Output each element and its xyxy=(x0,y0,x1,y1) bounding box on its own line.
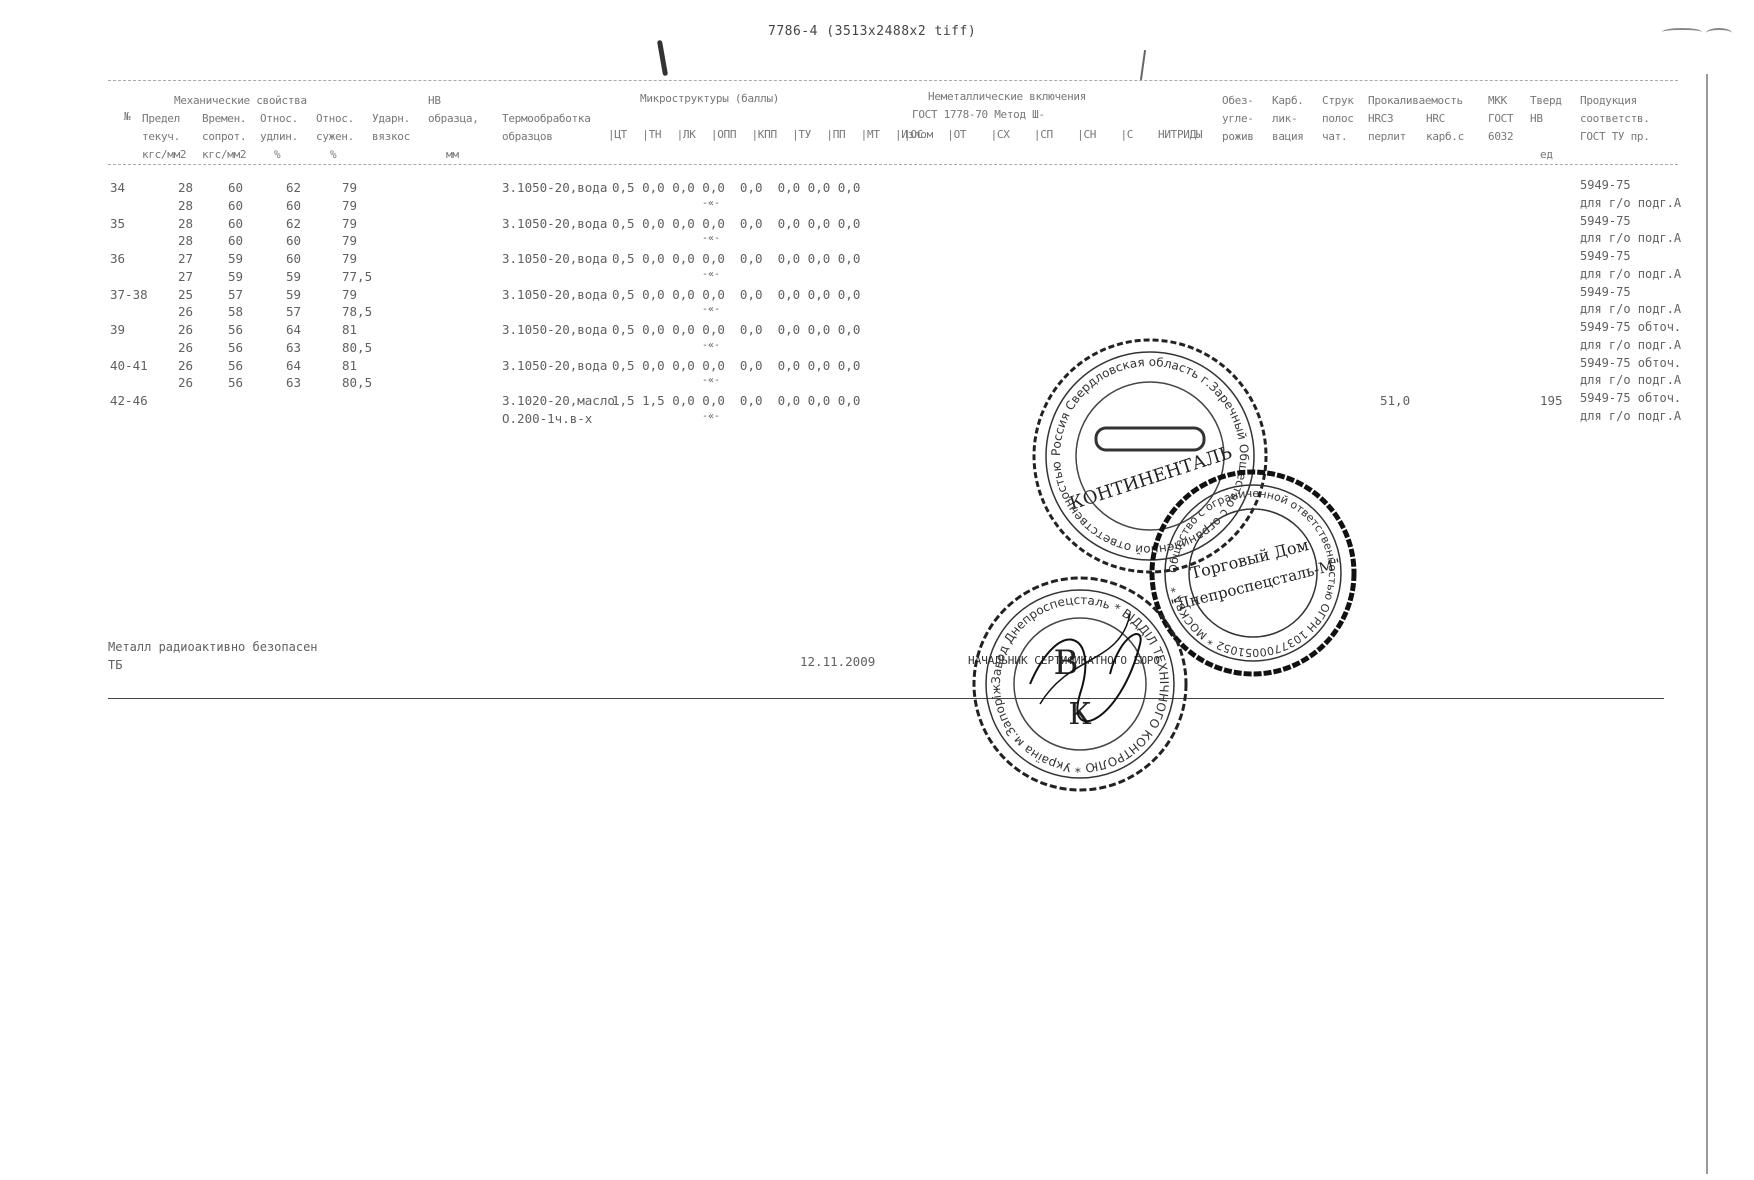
cell-microstructure: 1,5 1,5 0,0 0,0 0,0 0,0 0,0 0,0 xyxy=(612,393,860,408)
scan-mark xyxy=(1140,50,1146,80)
header-col-structure: Струк полос чат. xyxy=(1322,92,1354,146)
svg-text:В: В xyxy=(1054,643,1079,683)
cell-ditto-mark: -«- xyxy=(702,233,720,244)
header-text: ГОСТ ТУ пр. xyxy=(1580,128,1650,146)
cell-heat-treatment: З.1050-20,вода xyxy=(502,216,607,231)
cell-mech-value: 57 xyxy=(286,304,301,319)
cell-mech-value: 60 xyxy=(228,198,243,213)
cell-mech-value: 60 xyxy=(228,216,243,231)
header-text: Относ. xyxy=(316,110,354,128)
header-col-no: № xyxy=(124,110,130,123)
cell-sample-no: 35 xyxy=(110,216,125,231)
cell-mech-value: 62 xyxy=(286,216,301,231)
header-group-mechanical: Механические свойства xyxy=(174,94,307,107)
header-nonmetal-cols: |ОС |ОТ |СХ |СП |СН |С xyxy=(904,128,1133,141)
header-text: Предел xyxy=(142,110,186,128)
cell-mech-value: 59 xyxy=(228,251,243,266)
cell-product-gost: 5949-75 обточ. xyxy=(1580,356,1681,370)
cell-sample-no: 39 xyxy=(110,322,125,337)
cell-mech-value: 27 xyxy=(178,269,193,284)
cell-mech-value: 77,5 xyxy=(342,269,372,284)
header-text: НВ xyxy=(1530,110,1562,128)
header-text: кгс/мм2 xyxy=(202,146,246,164)
cell-mech-value: 56 xyxy=(228,375,243,390)
header-top-rule xyxy=(108,80,1678,81)
cell-mech-value: 56 xyxy=(228,322,243,337)
cell-mech-value: 63 xyxy=(286,340,301,355)
scan-label: 7786-4 (3513x2488x2 tiff) xyxy=(768,24,976,39)
cell-mech-value: 26 xyxy=(178,304,193,319)
cell-mech-value: 28 xyxy=(178,180,193,195)
cell-mech-value: 25 xyxy=(178,287,193,302)
cell-mech-value: 79 xyxy=(342,287,357,302)
cell-microstructure: 0,5 0,0 0,0 0,0 0,0 0,0 0,0 0,0 xyxy=(612,180,860,195)
cell-sample-no: 34 xyxy=(110,180,125,195)
header-text: Обез- xyxy=(1222,92,1254,110)
header-text: удлин. xyxy=(260,128,298,146)
cell-mech-value: 78,5 xyxy=(342,304,372,319)
scan-mark xyxy=(1662,28,1702,36)
header-text: Карб. xyxy=(1272,92,1304,110)
cell-mech-value: 28 xyxy=(178,216,193,231)
header-text: МКК xyxy=(1488,92,1513,110)
footer-note-tb: ТБ xyxy=(108,658,122,672)
header-text: HRC xyxy=(1426,110,1464,128)
cell-mech-value: 26 xyxy=(178,322,193,337)
header-text: чат. xyxy=(1322,128,1354,146)
header-micro-cols: |ЦТ |ТН |ЛК |ОПП |КПП |ТУ |ПП |МТ |Излом xyxy=(608,128,933,141)
cell-product-gost: 5949-75 обточ. xyxy=(1580,320,1681,334)
cell-mech-value: 27 xyxy=(178,251,193,266)
cell-mech-value: 79 xyxy=(342,180,357,195)
cell-mech-value: 79 xyxy=(342,251,357,266)
cell-mech-value: 60 xyxy=(286,251,301,266)
header-text: Относ. xyxy=(260,110,298,128)
header-text: Струк xyxy=(1322,92,1354,110)
header-col-carbide: Карб. лик- вация xyxy=(1272,92,1304,146)
cell-product-note: для г/о подг.А xyxy=(1580,267,1681,281)
cell-mech-value: 80,5 xyxy=(342,375,372,390)
header-group-nonmetal-gost: ГОСТ 1778-70 Метод Ш- xyxy=(912,108,1045,121)
header-text: мм xyxy=(428,146,479,164)
cell-mech-value: 62 xyxy=(286,180,301,195)
cell-heat-treatment: З.1050-20,вода xyxy=(502,358,607,373)
header-bottom-rule xyxy=(108,164,1678,165)
cell-mech-value: 59 xyxy=(228,269,243,284)
cell-product-note: для г/о подг.А xyxy=(1580,409,1681,423)
cell-mech-value: 64 xyxy=(286,358,301,373)
header-col-hardenability-carb: HRC карб.с xyxy=(1426,110,1464,146)
header-text: карб.с xyxy=(1426,128,1464,146)
cell-ditto-mark: -«- xyxy=(702,375,720,386)
cell-mech-value: 28 xyxy=(178,198,193,213)
header-text: Продукция xyxy=(1580,92,1650,110)
cell-heat-treatment: З.1050-20,вода xyxy=(502,322,607,337)
cell-mech-value: 60 xyxy=(228,180,243,195)
cell-sample-no: 36 xyxy=(110,251,125,266)
cell-mech-value: 80,5 xyxy=(342,340,372,355)
cell-mech-value: 81 xyxy=(342,322,357,337)
cell-mech-value: 56 xyxy=(228,340,243,355)
cell-mech-value: 79 xyxy=(342,216,357,231)
cell-heat-treatment: З.1050-20,вода xyxy=(502,251,607,266)
cell-product-gost: 5949-75 xyxy=(1580,285,1631,299)
header-text: HB xyxy=(428,92,479,110)
scan-mark xyxy=(657,40,668,76)
header-text: рожив xyxy=(1222,128,1254,146)
cell-product-note: для г/о подг.А xyxy=(1580,231,1681,245)
cell-product-gost: 5949-75 xyxy=(1580,178,1631,192)
cell-ditto-mark: -«- xyxy=(702,340,720,351)
header-text: угле- xyxy=(1222,110,1254,128)
cell-ditto-mark: -«- xyxy=(702,269,720,280)
header-text: образца, xyxy=(428,110,479,128)
header-text: 6032 xyxy=(1488,128,1513,146)
cell-mech-value: 56 xyxy=(228,358,243,373)
header-col-elongation: Относ. удлин. % xyxy=(260,110,298,164)
header-text: вязкос xyxy=(372,128,410,146)
cell-hardenability: 51,0 xyxy=(1380,393,1410,408)
cell-mech-value: 26 xyxy=(178,358,193,373)
header-group-micro: Микроструктуры (баллы) xyxy=(640,92,779,105)
cell-mech-value: 26 xyxy=(178,375,193,390)
header-text: образцов xyxy=(502,128,591,146)
footer-date: 12.11.2009 xyxy=(800,654,875,669)
cell-microstructure: 0,5 0,0 0,0 0,0 0,0 0,0 0,0 0,0 xyxy=(612,287,860,302)
cell-product-gost: 5949-75 xyxy=(1580,249,1631,263)
stamp-plant-otk: Завод Днепроспецсталь * ВІДДІЛ ТЕХНІЧНОГ… xyxy=(970,574,1190,794)
header-text: лик- xyxy=(1272,110,1304,128)
header-text: ед xyxy=(1530,146,1562,164)
cell-sample-no: 42-46 xyxy=(110,393,148,408)
cell-ditto-mark: -«- xyxy=(702,411,720,422)
header-text: полос xyxy=(1322,110,1354,128)
cell-mech-value: 79 xyxy=(342,198,357,213)
header-text: Термообработка xyxy=(502,110,591,128)
cell-heat-treatment-2: О.200-1ч.в-х xyxy=(502,411,592,426)
header-text: кгс/мм2 xyxy=(142,146,186,164)
header-col-hb: HB образца, мм xyxy=(428,92,479,164)
cell-microstructure: 0,5 0,0 0,0 0,0 0,0 0,0 0,0 0,0 xyxy=(612,322,860,337)
cell-product-gost: 5949-75 xyxy=(1580,214,1631,228)
header-text xyxy=(428,128,479,146)
cell-mech-value: 64 xyxy=(286,322,301,337)
cell-mech-value: 26 xyxy=(178,340,193,355)
page-edge xyxy=(1706,74,1708,1174)
header-text: % xyxy=(260,146,298,164)
cell-mech-value: 58 xyxy=(228,304,243,319)
cell-mech-value: 57 xyxy=(228,287,243,302)
header-text: сопрот. xyxy=(202,128,246,146)
header-text: сужен. xyxy=(316,128,354,146)
header-col-reduction: Относ. сужен. % xyxy=(316,110,354,164)
header-text: ГОСТ xyxy=(1488,110,1513,128)
cell-product-note: для г/о подг.А xyxy=(1580,373,1681,387)
header-col-decarb: Обез- угле- рожив xyxy=(1222,92,1254,146)
footer-rule xyxy=(108,698,1664,699)
header-text: соответств. xyxy=(1580,110,1650,128)
cell-mech-value: 60 xyxy=(286,233,301,248)
header-col-yield: Предел текуч. кгс/мм2 xyxy=(142,110,186,164)
header-text: Ударн. xyxy=(372,110,410,128)
cell-mech-value: 28 xyxy=(178,233,193,248)
cell-heat-treatment: З.1020-20,масло xyxy=(502,393,615,408)
footer-note-radiation: Металл радиоактивно безопасен xyxy=(108,640,318,654)
header-col-product: Продукция соответств. ГОСТ ТУ пр. xyxy=(1580,92,1650,146)
header-col-impact: Ударн. вязкос xyxy=(372,110,410,146)
header-col-tensile: Времен. сопрот. кгс/мм2 xyxy=(202,110,246,164)
cell-sample-no: 40-41 xyxy=(110,358,148,373)
cell-microstructure: 0,5 0,0 0,0 0,0 0,0 0,0 0,0 0,0 xyxy=(612,251,860,266)
header-text: Времен. xyxy=(202,110,246,128)
cell-product-note: для г/о подг.А xyxy=(1580,302,1681,316)
svg-text:К: К xyxy=(1068,697,1091,732)
cell-microstructure: 0,5 0,0 0,0 0,0 0,0 0,0 0,0 0,0 xyxy=(612,358,860,373)
header-col-nitrides: НИТРИДЫ xyxy=(1158,128,1202,141)
header-text: Тверд xyxy=(1530,92,1562,110)
header-text: % xyxy=(316,146,354,164)
header-text xyxy=(1530,128,1562,146)
cell-mech-value: 60 xyxy=(286,198,301,213)
cell-mech-value: 59 xyxy=(286,287,301,302)
cell-mech-value: 60 xyxy=(228,233,243,248)
cell-heat-treatment: З.1050-20,вода xyxy=(502,180,607,195)
header-col-hardness: Тверд НВ ед xyxy=(1530,92,1562,164)
cell-heat-treatment: З.1050-20,вода xyxy=(502,287,607,302)
header-text: Прокаливаемость xyxy=(1368,92,1463,110)
cell-mech-value: 63 xyxy=(286,375,301,390)
cell-product-note: для г/о подг.А xyxy=(1580,196,1681,210)
scan-mark xyxy=(1706,28,1732,38)
cell-product-gost: 5949-75 обточ. xyxy=(1580,391,1681,405)
cell-mech-value: 81 xyxy=(342,358,357,373)
header-col-heat-treatment: Термообработка образцов xyxy=(502,110,591,146)
cell-hardness: 195 xyxy=(1540,393,1563,408)
header-group-nonmetal: Неметаллические включения xyxy=(928,90,1086,103)
header-col-mkk: МКК ГОСТ 6032 xyxy=(1488,92,1513,146)
cell-mech-value: 59 xyxy=(286,269,301,284)
header-text: текуч. xyxy=(142,128,186,146)
cell-product-note: для г/о подг.А xyxy=(1580,338,1681,352)
cell-microstructure: 0,5 0,0 0,0 0,0 0,0 0,0 0,0 0,0 xyxy=(612,216,860,231)
cell-mech-value: 79 xyxy=(342,233,357,248)
cell-ditto-mark: -«- xyxy=(702,198,720,209)
header-text: вация xyxy=(1272,128,1304,146)
cell-ditto-mark: -«- xyxy=(702,304,720,315)
cell-sample-no: 37-38 xyxy=(110,287,148,302)
